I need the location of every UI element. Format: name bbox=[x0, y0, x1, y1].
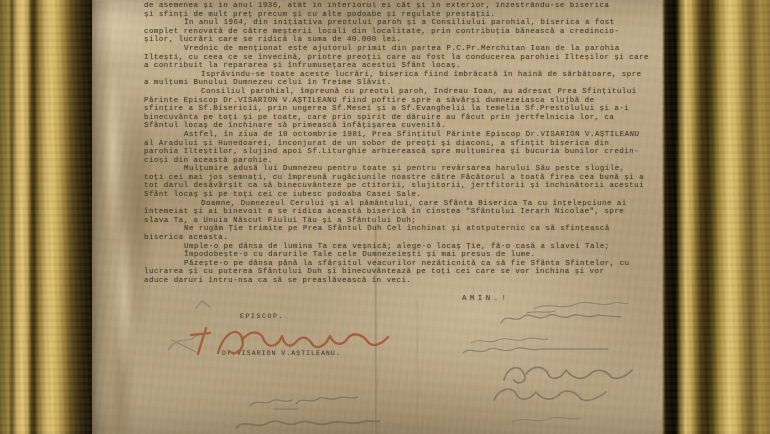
typed-line: tot darul desăvârșit ca să binecuvânteze… bbox=[144, 182, 666, 191]
typed-line: parohia Ilteștilor, slujind apoi Sf.Litu… bbox=[144, 148, 666, 157]
typed-line: al Aradului și Hunedoarei, înconjurat de… bbox=[144, 140, 666, 149]
typed-line: biserica aceasta. bbox=[144, 234, 666, 243]
pencil-signature bbox=[246, 392, 366, 412]
typed-line: Mulțumire adusă lui Dumnezeu pentru toat… bbox=[144, 165, 666, 174]
pencil-signature bbox=[497, 308, 625, 330]
typed-line: sfințire a Sf.Bisericii, prin ungerea Sf… bbox=[144, 105, 666, 114]
typed-line: a mulțumi Bunului Dumnezeu celui în Trei… bbox=[144, 79, 666, 88]
picture-frame-left bbox=[0, 0, 92, 434]
typed-line: întemeiat și ai binevoit a se ridica ace… bbox=[144, 208, 666, 217]
picture-frame-right bbox=[662, 0, 770, 434]
typed-line: Împodobește-o cu darurile Tale cele Dumn… bbox=[144, 251, 666, 260]
typed-line: Ne rugăm Ție trimite pe Prea Sfântul Duh… bbox=[144, 225, 666, 234]
typed-text-block: de asemenea și în anul 1936, atât în int… bbox=[144, 2, 666, 290]
amen-line: AMIN.! bbox=[462, 295, 509, 303]
pencil-scrawl bbox=[164, 326, 224, 356]
typed-line: În anul 1964, din inițiativa preotului p… bbox=[144, 19, 666, 28]
framed-document-photo: de asemenea și în anul 1936, atât în int… bbox=[0, 0, 770, 434]
typed-line: Astfel, în ziua de 18 octombrie 1981, Pr… bbox=[144, 131, 666, 140]
pencil-signature bbox=[508, 412, 584, 428]
typed-line: Sfânt locaș și pe toți cei ce iubesc pod… bbox=[144, 191, 666, 200]
typed-line: aduce daruri întru-nsa ca să se preaslăv… bbox=[144, 277, 666, 286]
typed-line: Doamne, Dumnezeul Cerului și al pământul… bbox=[144, 200, 666, 209]
typed-line: Sfântul locaș de închinare să primească … bbox=[144, 122, 666, 131]
pencil-checkmark bbox=[193, 298, 213, 312]
typed-line: Vrednic de menționat este ajutorul primi… bbox=[144, 45, 666, 54]
typed-line: și sfinți de mult preț precum și cu alte… bbox=[144, 11, 666, 20]
typed-line: Iltești, cu ceea ce se învecină, printre… bbox=[144, 54, 666, 63]
typed-line: Părinte Episcop Dr.VISARION V.AȘTILEANU … bbox=[144, 97, 666, 106]
pencil-signature bbox=[488, 382, 614, 408]
typed-line: șilor, lucrări care se ridică la suma de… bbox=[144, 36, 666, 45]
typed-line: de asemenea și în anul 1936, atât în int… bbox=[144, 2, 666, 11]
typed-line: Umple-o pe dânsa de lumina Ta cea veșnic… bbox=[144, 243, 666, 252]
typed-line: cioși din această parohie. bbox=[144, 157, 666, 166]
typed-line: Consiliul parohial, împreună cu preotul … bbox=[144, 88, 666, 97]
pencil-signature bbox=[460, 342, 612, 359]
typed-line: a contribuit la repararea și înfrumuseța… bbox=[144, 62, 666, 71]
pencil-signature bbox=[232, 414, 382, 434]
typed-line: lucrarea și cu puterea Sfântului Duh și … bbox=[144, 268, 666, 277]
